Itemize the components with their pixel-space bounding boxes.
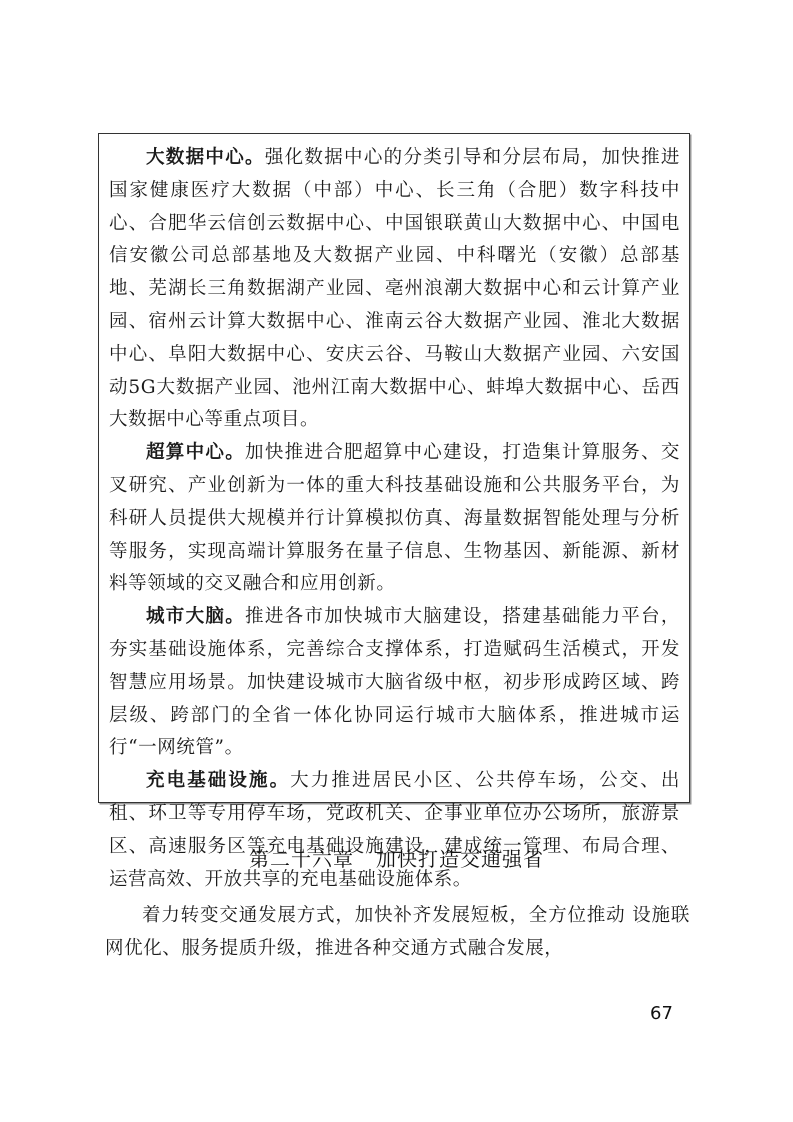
- chapter-heading: 第二十六章加快打造交通强省: [0, 843, 793, 872]
- paragraph-charging-infrastructure: 充电基础设施。大力推进居民小区、公共停车场，公交、出租、环卫等专用停车场，党政机…: [109, 765, 680, 896]
- body-paragraph: 着力转变交通发展方式，加快补齐发展短板，全方位推动 设施联网优化、服务提质升级，…: [105, 900, 690, 966]
- paragraph-text: 强化数据中心的分类引导和分层布局，加快推进国家健康医疗大数据（中部）中心、长三角…: [109, 147, 680, 430]
- paragraph-big-data-center: 大数据中心。强化数据中心的分类引导和分层布局，加快推进国家健康医疗大数据（中部）…: [109, 142, 680, 437]
- paragraph-city-brain: 城市大脑。推进各市加快城市大脑建设，搭建基础能力平台，夯实基础设施体系，完善综合…: [109, 601, 680, 765]
- chapter-title: 加快打造交通强省: [376, 847, 544, 871]
- paragraph-lead: 城市大脑。: [146, 606, 245, 627]
- highlight-box: 大数据中心。强化数据中心的分类引导和分层布局，加快推进国家健康医疗大数据（中部）…: [98, 133, 690, 803]
- paragraph-lead: 大数据中心。: [146, 147, 265, 168]
- paragraph-supercomputing-center: 超算中心。加快推进合肥超算中心建设，打造集计算服务、交叉研究、产业创新为一体的重…: [109, 437, 680, 601]
- chapter-number: 第二十六章: [249, 847, 354, 871]
- paragraph-lead: 充电基础设施。: [146, 770, 290, 791]
- paragraph-text: 推进各市加快城市大脑建设，搭建基础能力平台，夯实基础设施体系，完善综合支撑体系，…: [109, 606, 680, 758]
- paragraph-lead: 超算中心。: [146, 442, 245, 463]
- body-text: 着力转变交通发展方式，加快补齐发展短板，全方位推动 设施联网优化、服务提质升级，…: [105, 900, 690, 966]
- page-number: 67: [650, 1003, 673, 1024]
- paragraph-text: 加快推进合肥超算中心建设，打造集计算服务、交叉研究、产业创新为一体的重大科技基础…: [109, 442, 680, 594]
